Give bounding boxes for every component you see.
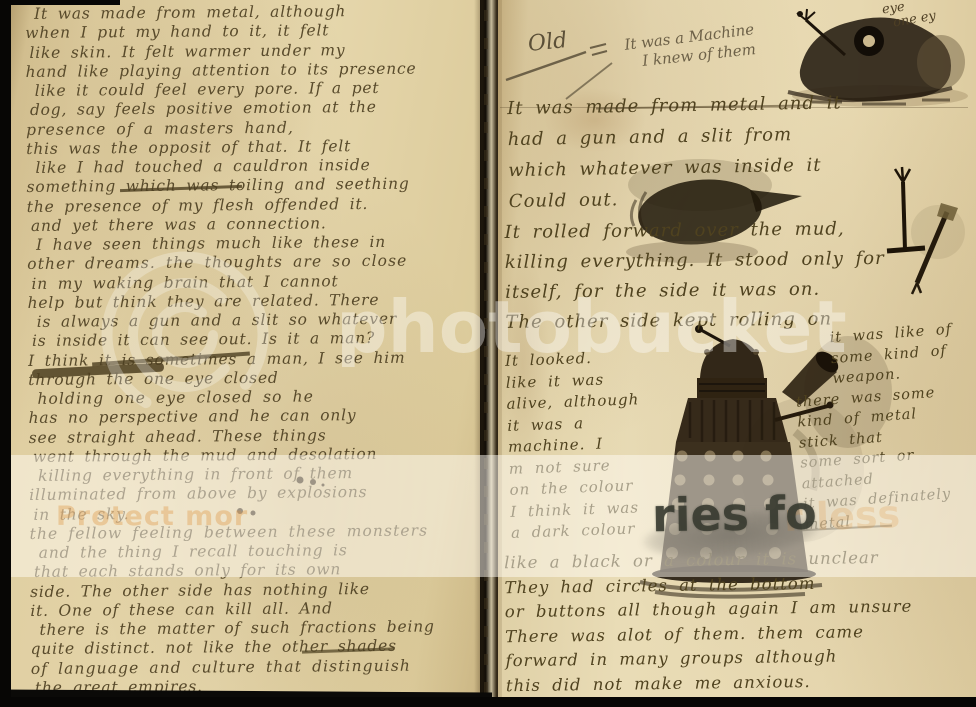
right-page-paragraph-1: It was made from metal and ithad a gun a… (507, 87, 869, 217)
handwritten-line: It rolled forward over the mud, (504, 214, 874, 248)
photo-border (0, 0, 120, 5)
watermark-banner-text-left: Protect mor (56, 501, 248, 532)
scanned-journal-photo: It was made from metal, althoughwhen I p… (0, 0, 976, 707)
handwritten-line: Could out. (509, 180, 869, 217)
photobucket-wordmark: photobucket (336, 290, 976, 368)
handwritten-line: which whatever was inside it (508, 149, 868, 186)
watermark-banner-text-right: ries fo (652, 486, 818, 543)
handwritten-line: killing everything. It stood only for (505, 244, 875, 278)
photobucket-wordmark-text: photobucket (336, 290, 847, 368)
photo-border (0, 697, 976, 707)
handwritten-line: It was made from metal and it (507, 87, 867, 124)
handwritten-line: hand like playing attention to its prese… (25, 59, 477, 82)
photo-border (0, 0, 11, 707)
old-annotation: Old (527, 28, 569, 57)
